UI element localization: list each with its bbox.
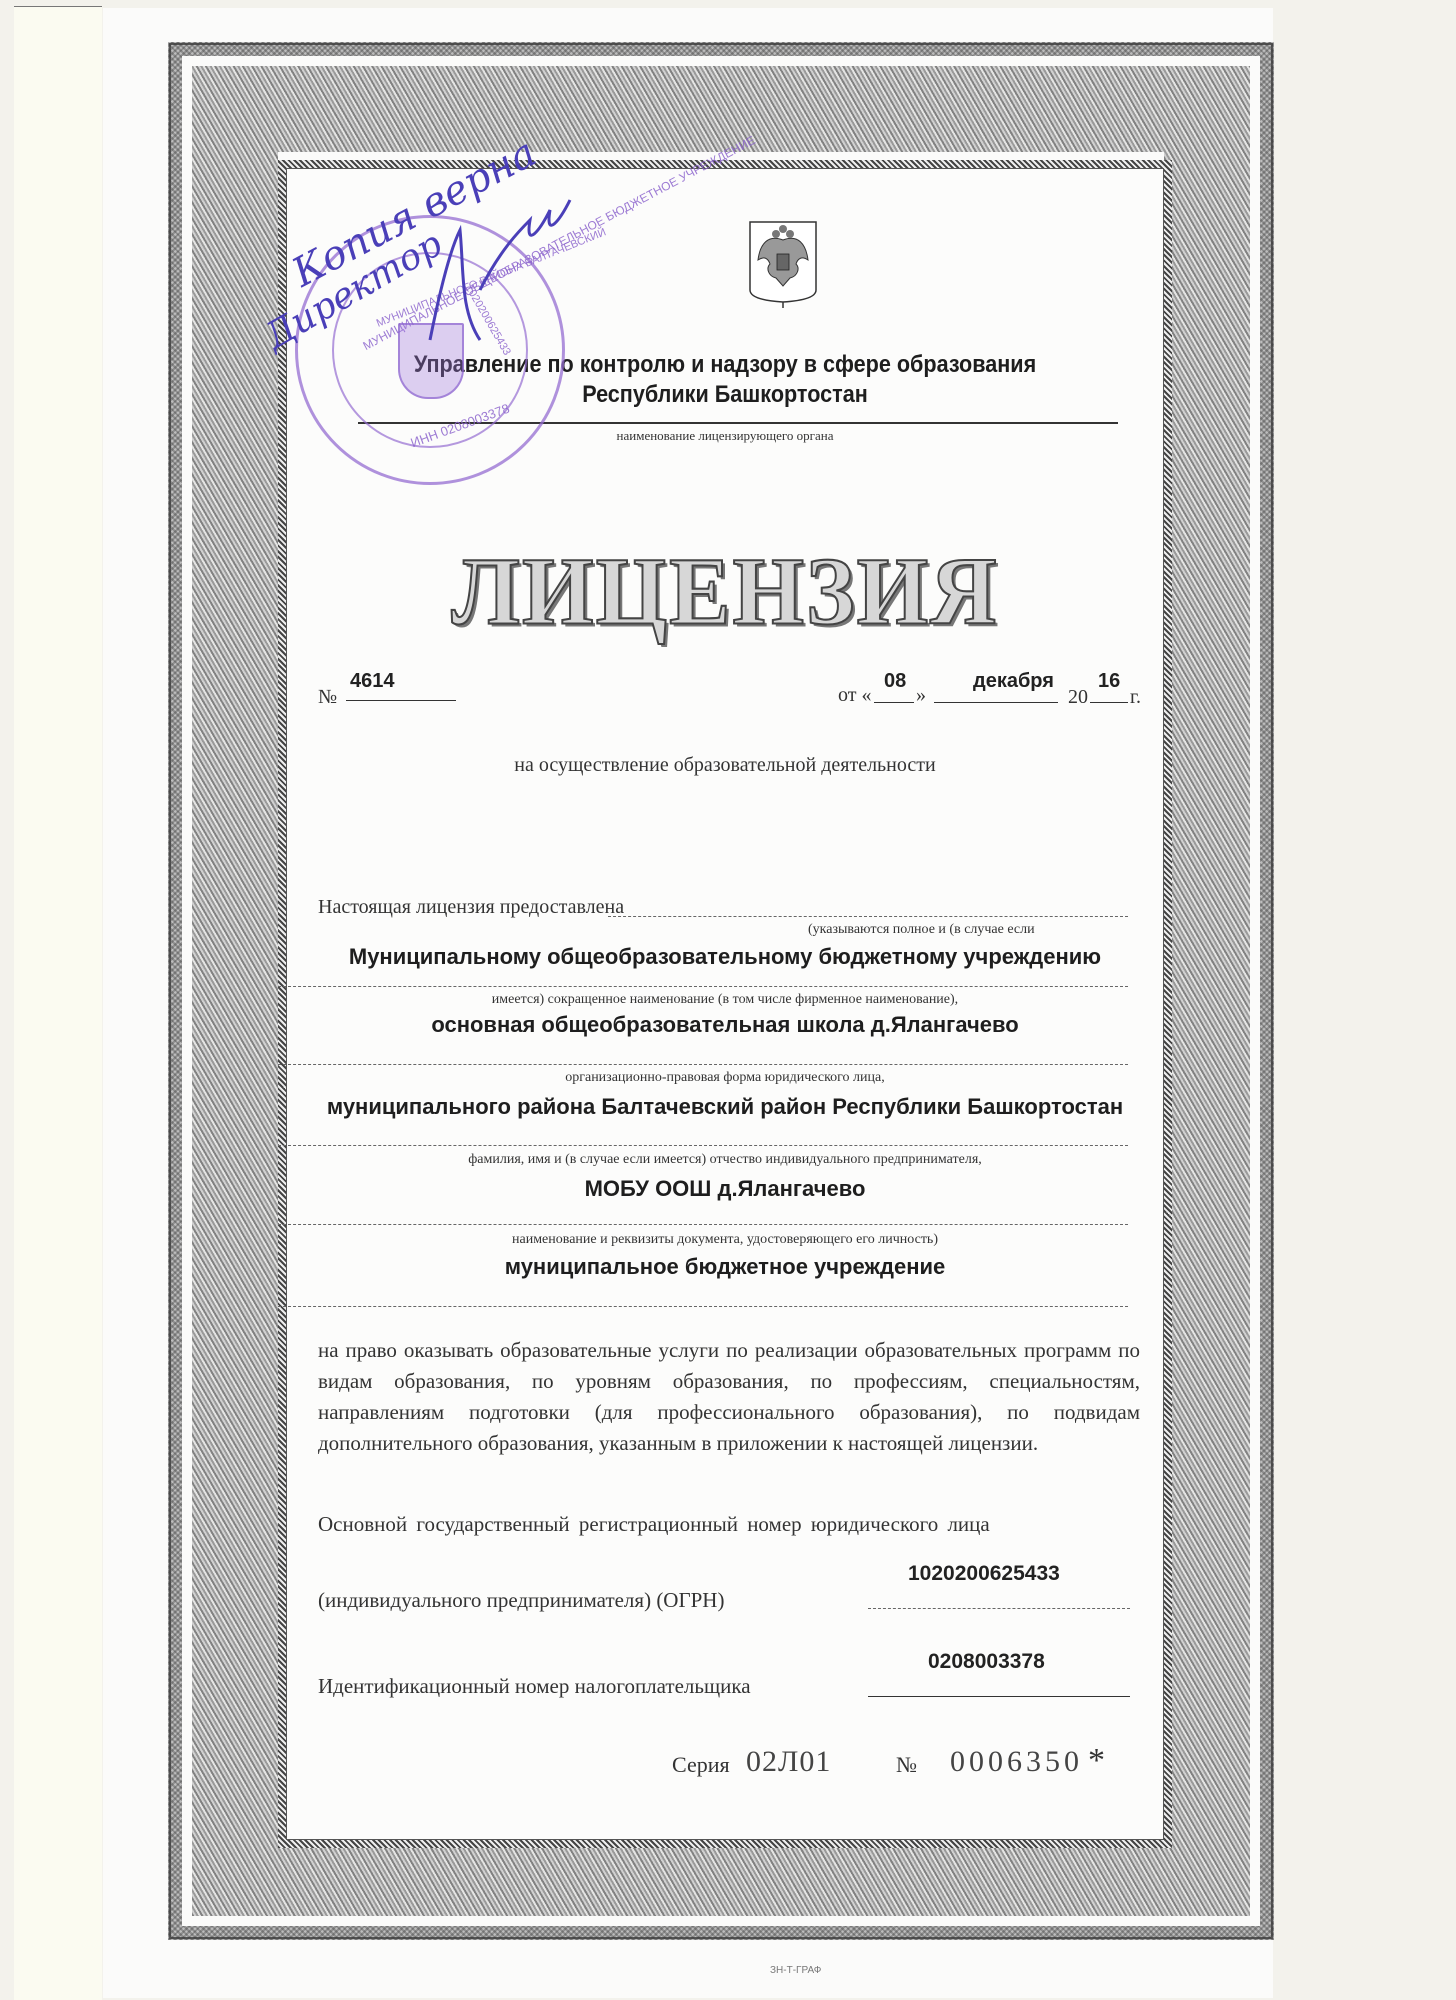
caption-2: имеется) сокращенное наименование (в том… — [278, 992, 1172, 1008]
license-number: 4614 — [350, 670, 395, 693]
inn-label: Идентификационный номер налогоплательщик… — [318, 1674, 751, 1699]
line-1-underline — [278, 986, 1128, 987]
date-suffix: г. — [1130, 686, 1141, 709]
licensee-line-1: Муниципальному общеобразовательному бюдж… — [278, 944, 1172, 970]
date-month: декабря — [973, 670, 1054, 693]
caption-5: наименование и реквизиты документа, удос… — [278, 1232, 1172, 1248]
ogrn-underline — [868, 1608, 1130, 1609]
number-underline — [346, 700, 456, 701]
day-underline — [874, 702, 914, 703]
licensee-short-name: МОБУ ООШ д.Ялангачево — [278, 1176, 1172, 1202]
license-subtitle: на осуществление образовательной деятель… — [278, 754, 1172, 777]
granted-label: Настоящая лицензия предоставлена — [318, 896, 624, 919]
document-title: ЛИЦЕНЗИЯ — [278, 535, 1172, 646]
year-underline — [1090, 702, 1128, 703]
date-year: 16 — [1098, 670, 1120, 693]
date-century: 20 — [1068, 686, 1088, 709]
rights-paragraph: на право оказывать образовательные услуг… — [318, 1335, 1140, 1459]
inn-underline — [868, 1696, 1130, 1697]
licensee-legal-form: муниципальное бюджетное учреждение — [278, 1254, 1172, 1280]
ogrn-label-1: Основной государственный регистрационный… — [318, 1512, 990, 1537]
granted-underline — [608, 916, 1128, 917]
series-value: 02Л01 — [746, 1745, 831, 1779]
line-4-underline — [278, 1224, 1128, 1225]
ogrn-label-2: (индивидуального предпринимателя) (ОГРН) — [318, 1588, 724, 1613]
line-2-underline — [278, 1064, 1128, 1065]
printer-mark: ЗН-Т-ГРАФ — [770, 1965, 821, 1976]
asterisk-mark: * — [1088, 1742, 1105, 1780]
date-prefix: от « — [838, 684, 871, 707]
month-underline — [934, 702, 1058, 703]
stamp-inn: ИНН 0208003378 — [409, 401, 512, 451]
series-number-label: № — [896, 1752, 917, 1778]
licensee-line-2: основная общеобразовательная школа д.Яла… — [278, 1012, 1172, 1038]
license-number-label: № — [318, 686, 337, 709]
caption-4: фамилия, имя и (в случае если имеется) о… — [278, 1152, 1172, 1168]
licensee-line-3: муниципального района Балтачевский район… — [278, 1094, 1172, 1120]
scan-edge — [14, 6, 102, 2000]
series-number: 0006350 — [950, 1745, 1083, 1779]
date-sep: » — [916, 684, 926, 707]
ogrn-value: 1020200625433 — [908, 1562, 1060, 1586]
caption-1: (указываются полное и (в случае если — [808, 922, 1035, 938]
line-5-underline — [278, 1306, 1128, 1307]
date-day: 08 — [884, 670, 906, 693]
line-3-underline — [278, 1145, 1128, 1146]
series-label: Серия — [672, 1752, 730, 1778]
coat-of-arms-icon — [748, 220, 818, 310]
signature-scribble-icon — [420, 190, 580, 350]
inn-value: 0208003378 — [928, 1650, 1045, 1674]
caption-3: организационно-правовая форма юридическо… — [278, 1070, 1172, 1086]
